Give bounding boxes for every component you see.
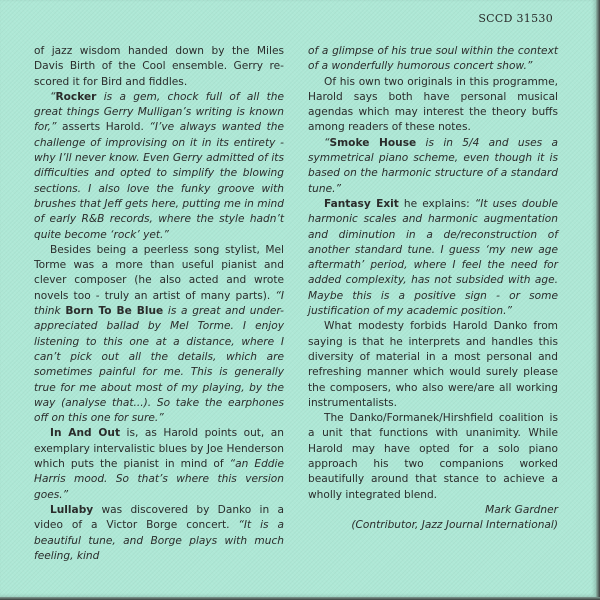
paragraph: of jazz wisdom handed down by the Miles … bbox=[34, 44, 284, 90]
paragraph-text: What modesty forbids Harold Danko from s… bbox=[308, 320, 558, 408]
paragraph-text: Of his own two originals in this program… bbox=[308, 76, 558, 134]
paragraph-lullaby: Lullaby was discovered by Danko in a vid… bbox=[34, 503, 284, 564]
track-title-rocker: Rocker bbox=[56, 91, 97, 103]
quote-text: is a great and under-appreciated ballad … bbox=[34, 305, 284, 424]
paragraph-text: Besides being a peerless song stylist, M… bbox=[34, 244, 284, 302]
paragraph: of a glimpse of his true soul within the… bbox=[308, 44, 558, 75]
paragraph-modesty: What modesty forbids Harold Danko from s… bbox=[308, 319, 558, 411]
paragraph-fantasy-exit: Fantasy Exit he explains: “It uses doubl… bbox=[308, 197, 558, 319]
track-title-lullaby: Lullaby bbox=[50, 504, 93, 516]
quote-text: of a glimpse of his true soul within the… bbox=[308, 45, 558, 72]
right-column: of a glimpse of his true soul within the… bbox=[308, 44, 558, 534]
paragraph-originals: Of his own two originals in this program… bbox=[308, 75, 558, 136]
paragraph-born-to-be-blue: Besides being a peerless song stylist, M… bbox=[34, 243, 284, 427]
booklet-page: SCCD 31530 of jazz wisdom handed down by… bbox=[0, 0, 596, 597]
page-edge-right bbox=[596, 0, 600, 600]
catalog-number: SCCD 31530 bbox=[478, 12, 553, 25]
track-title-smoke-house: Smoke House bbox=[330, 137, 417, 149]
paragraph-rocker: “Rocker is a gem, chock full of all the … bbox=[34, 90, 284, 243]
paragraph-text: of jazz wisdom handed down by the Miles … bbox=[34, 45, 284, 88]
paragraph-coalition: The Danko/Formanek/Hirshfield coalition … bbox=[308, 411, 558, 503]
paragraph-text: he explains: bbox=[399, 198, 475, 210]
paragraph-smoke-house: “Smoke House is in 5/4 and uses a symmet… bbox=[308, 136, 558, 197]
paragraph-text: asserts Harold. bbox=[56, 121, 149, 133]
signature-author: Mark Gardner bbox=[308, 503, 558, 518]
quote-text: “It uses double harmonic scales and harm… bbox=[308, 198, 558, 317]
quote-text: “I’ve always wanted the challenge of imp… bbox=[34, 121, 284, 240]
paragraph-in-and-out: In And Out is, as Harold points out, an … bbox=[34, 426, 284, 502]
track-title-in-and-out: In And Out bbox=[50, 427, 120, 439]
track-title-born-to-be-blue: Born To Be Blue bbox=[65, 305, 163, 317]
signature-affiliation: (Contributor, Jazz Journal International… bbox=[308, 518, 558, 533]
paragraph-text: The Danko/Formanek/Hirshfield coalition … bbox=[308, 412, 558, 500]
left-column: of jazz wisdom handed down by the Miles … bbox=[34, 44, 284, 564]
track-title-fantasy-exit: Fantasy Exit bbox=[324, 198, 399, 210]
